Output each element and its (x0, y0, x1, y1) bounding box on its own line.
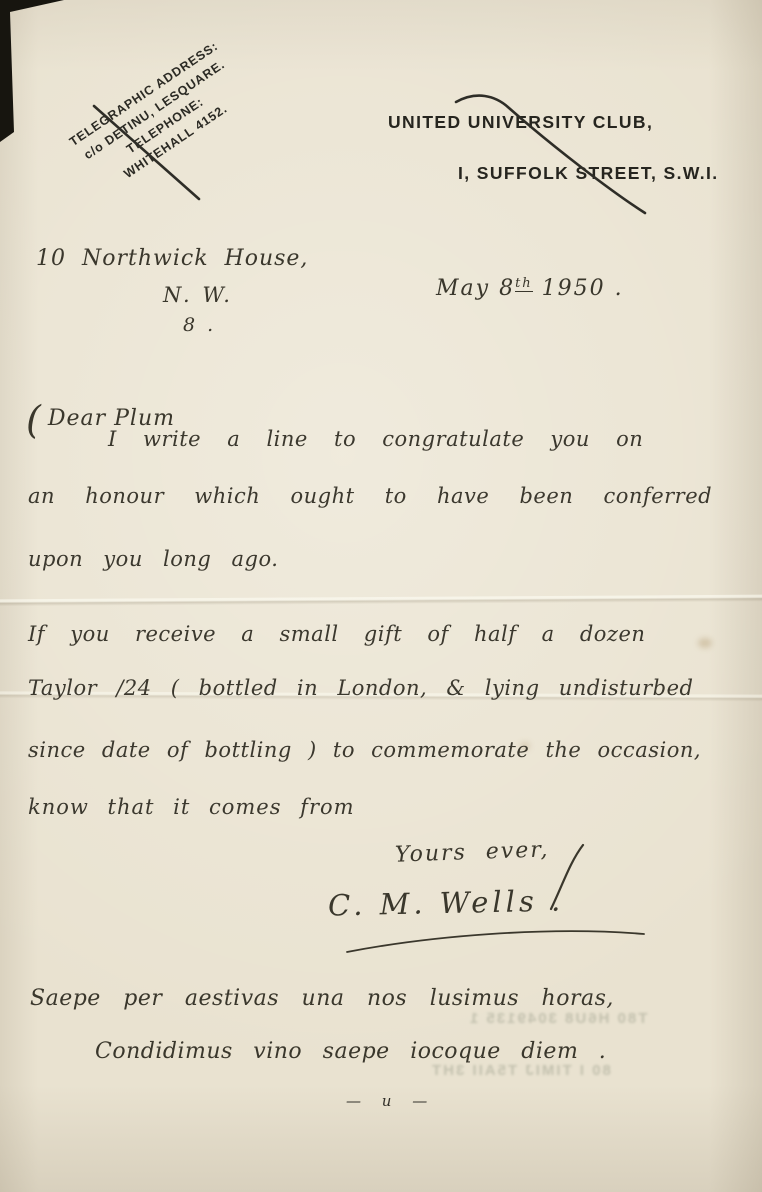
club-name: UNITED UNIVERSITY CLUB, (388, 112, 653, 133)
scanned-letter: TELEGRAPHIC ADDRESS: c/o DETINU, LESQUAR… (0, 0, 762, 1192)
letter-date: May 8th 1950 . (436, 276, 624, 301)
date-suffix: 1950 . (533, 276, 624, 301)
sender-address-line1: 10 Northwick House, (36, 246, 308, 271)
body-line: If you receive a small gift of half a do… (28, 622, 645, 646)
sender-address-line2: N. W. (163, 283, 233, 307)
signature: C. M. Wells . (328, 884, 565, 923)
end-mark: — u — (346, 1092, 435, 1110)
body-line: Taylor /24 ( bottled in London, & lying … (28, 676, 694, 700)
sender-address-line3: 8 . (183, 314, 216, 336)
body-line: an honour which ought to have been confe… (28, 484, 712, 508)
date-prefix: May 8 (436, 276, 515, 301)
postscript-line1: Saepe per aestivas una nos lusimus horas… (30, 986, 614, 1011)
postscript-line2: Condidimus vino saepe iocoque diem . (95, 1039, 606, 1064)
body-line: know that it comes from (28, 795, 355, 819)
body-line: upon you long ago. (28, 547, 278, 571)
salutation-flourish: ( (26, 398, 42, 442)
bleed-through-stamp-line: 80 I TIMIJ T5AII 3HT (430, 1062, 611, 1079)
bleed-through-stamp-line: T80 H6U8 3049135 1 (468, 1010, 647, 1027)
body-line: since date of bottling ) to commemorate … (28, 738, 701, 762)
body-line: I write a line to congratulate you on (108, 427, 643, 451)
date-ordinal: th (515, 276, 533, 292)
club-address: I, SUFFOLK STREET, S.W.I. (458, 163, 719, 184)
